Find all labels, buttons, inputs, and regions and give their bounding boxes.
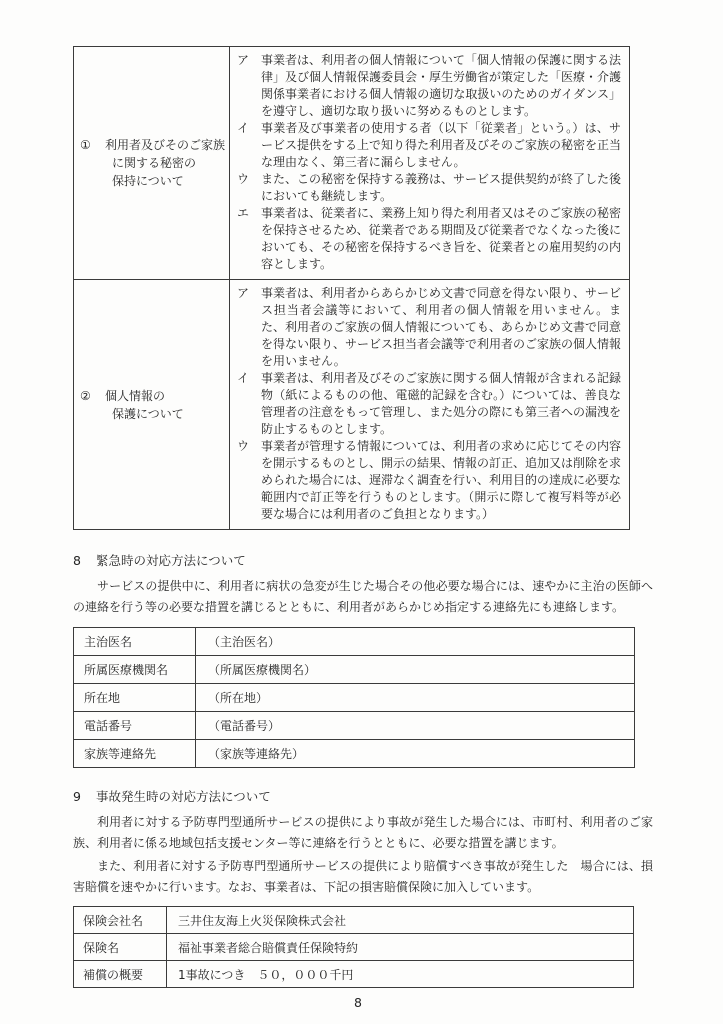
- contact-value: （所属医療機関名）: [196, 656, 635, 684]
- insurance-value: 1事故につき ５０，０００千円: [167, 961, 634, 988]
- clause-marker: ウ: [237, 438, 261, 523]
- contact-value: （電話番号）: [196, 712, 635, 740]
- table-row-secrecy: ① 利用者及びそのご家族 に関する秘密の 保持について ア 事業者は、利用者の個…: [74, 47, 629, 279]
- clause-marker: ウ: [237, 171, 261, 205]
- contact-row: 家族等連絡先 （家族等連絡先）: [74, 740, 635, 768]
- clause-list: ア 事業者は、利用者からあらかじめ文書で同意を得ない限り、サービス担当者会議等に…: [230, 280, 629, 529]
- insurance-row: 保険会社名 三井住友海上火災保険株式会社: [74, 907, 634, 934]
- contact-row: 所属医療機関名 （所属医療機関名）: [74, 656, 635, 684]
- privacy-clauses-table: ① 利用者及びそのご家族 に関する秘密の 保持について ア 事業者は、利用者の個…: [73, 46, 630, 530]
- insurance-table: 保険会社名 三井住友海上火災保険株式会社 保険名 福祉事業者総合賠償責任保険特約…: [73, 906, 634, 988]
- label-text: に関する秘密の: [80, 154, 225, 172]
- label-line: ② 個人情報の: [80, 387, 184, 405]
- contact-label: 所属医療機関名: [74, 656, 196, 684]
- clause-marker: エ: [237, 205, 261, 273]
- clause-marker: イ: [237, 370, 261, 438]
- contact-value: （主治医名）: [196, 628, 635, 656]
- label-block: ② 個人情報の 保護について: [80, 387, 184, 423]
- table-row-personal-info: ② 個人情報の 保護について ア 事業者は、利用者からあらかじめ文書で同意を得な…: [74, 279, 629, 529]
- section-8-heading: 8 緊急時の対応方法について: [73, 552, 653, 569]
- clause-marker: ア: [237, 52, 261, 120]
- clause-item: イ 事業者は、利用者及びそのご家族に関する個人情報が含まれる記録物（紙によるもの…: [237, 370, 621, 438]
- insurance-label: 保険会社名: [74, 907, 167, 934]
- clause-list: ア 事業者は、利用者の個人情報について「個人情報の保護に関する法律」及び個人情報…: [230, 47, 629, 279]
- clause-item: イ 事業者及び事業者の使用する者（以下「従業者」という。）は、サービス提供をする…: [237, 120, 621, 171]
- insurance-label: 保険名: [74, 934, 167, 961]
- section-9-para-1: 利用者に対する予防専門型通所サービスの提供により事故が発生した場合には、市町村、…: [73, 812, 653, 854]
- clause-item: エ 事業者は、従業者に、業務上知り得た利用者又はそのご家族の秘密を保持させるため…: [237, 205, 621, 273]
- contact-value: （家族等連絡先）: [196, 740, 635, 768]
- contact-label: 家族等連絡先: [74, 740, 196, 768]
- section-9-heading: 9 事故発生時の対応方法について: [73, 788, 653, 805]
- clause-item: ア 事業者は、利用者からあらかじめ文書で同意を得ない限り、サービス担当者会議等に…: [237, 285, 621, 370]
- insurance-label: 補償の概要: [74, 961, 167, 988]
- section-number: 8: [73, 552, 96, 569]
- page-content: ① 利用者及びそのご家族 に関する秘密の 保持について ア 事業者は、利用者の個…: [73, 46, 653, 1010]
- label-number: ②: [80, 387, 105, 405]
- clause-text: 事業者は、従業者に、業務上知り得た利用者又はそのご家族の秘密を保持させるため、従…: [261, 205, 621, 273]
- clause-text: また、この秘密を保持する義務は、サービス提供契約が終了した後においても継続します…: [261, 171, 621, 205]
- section-title: 事故発生時の対応方法について: [96, 788, 271, 805]
- section-8-body: サービスの提供中に、利用者に病状の急変が生じた場合その他必要な場合には、速やかに…: [73, 576, 653, 618]
- contact-label: 電話番号: [74, 712, 196, 740]
- section-number: 9: [73, 788, 96, 805]
- insurance-row: 補償の概要 1事故につき ５０，０００千円: [74, 961, 634, 988]
- clause-item: ウ また、この秘密を保持する義務は、サービス提供契約が終了した後においても継続し…: [237, 171, 621, 205]
- label-text: 個人情報の: [105, 387, 165, 405]
- clause-marker: イ: [237, 120, 261, 171]
- contact-row: 所在地 （所在地）: [74, 684, 635, 712]
- contact-row: 電話番号 （電話番号）: [74, 712, 635, 740]
- clause-marker: ア: [237, 285, 261, 370]
- insurance-value: 三井住友海上火災保険株式会社: [167, 907, 634, 934]
- clause-item: ア 事業者は、利用者の個人情報について「個人情報の保護に関する法律」及び個人情報…: [237, 52, 621, 120]
- row-label-personal-info: ② 個人情報の 保護について: [74, 280, 230, 529]
- contact-value: （所在地）: [196, 684, 635, 712]
- insurance-value: 福祉事業者総合賠償責任保険特約: [167, 934, 634, 961]
- contact-row: 主治医名 （主治医名）: [74, 628, 635, 656]
- clause-item: ウ 事業者が管理する情報については、利用者の求めに応じてその内容を開示するものと…: [237, 438, 621, 523]
- clause-text: 事業者は、利用者及びそのご家族に関する個人情報が含まれる記録物（紙によるものの他…: [261, 370, 621, 438]
- row-label-secrecy: ① 利用者及びそのご家族 に関する秘密の 保持について: [74, 47, 230, 279]
- clause-text: 事業者が管理する情報については、利用者の求めに応じてその内容を開示するものとし、…: [261, 438, 621, 523]
- label-block: ① 利用者及びそのご家族 に関する秘密の 保持について: [80, 136, 225, 190]
- label-line: ① 利用者及びそのご家族: [80, 136, 225, 154]
- contact-label: 主治医名: [74, 628, 196, 656]
- label-text: 保護について: [80, 405, 184, 423]
- clause-text: 事業者は、利用者の個人情報について「個人情報の保護に関する法律」及び個人情報保護…: [261, 52, 621, 120]
- scanned-document-page: ① 利用者及びそのご家族 に関する秘密の 保持について ア 事業者は、利用者の個…: [0, 0, 723, 1024]
- label-number: ①: [80, 136, 105, 154]
- emergency-contact-table: 主治医名 （主治医名） 所属医療機関名 （所属医療機関名） 所在地 （所在地） …: [73, 627, 635, 768]
- section-title: 緊急時の対応方法について: [96, 552, 246, 569]
- clause-text: 事業者及び事業者の使用する者（以下「従業者」という。）は、サービス提供をする上で…: [261, 120, 621, 171]
- label-text: 保持について: [80, 172, 225, 190]
- contact-label: 所在地: [74, 684, 196, 712]
- clause-text: 事業者は、利用者からあらかじめ文書で同意を得ない限り、サービス担当者会議等におい…: [261, 285, 621, 370]
- section-9-para-2: また、利用者に対する予防専門型通所サービスの提供により賠償すべき事故が発生した …: [73, 856, 653, 898]
- label-text: 利用者及びそのご家族: [105, 136, 225, 154]
- page-number: 8: [73, 995, 643, 1010]
- insurance-row: 保険名 福祉事業者総合賠償責任保険特約: [74, 934, 634, 961]
